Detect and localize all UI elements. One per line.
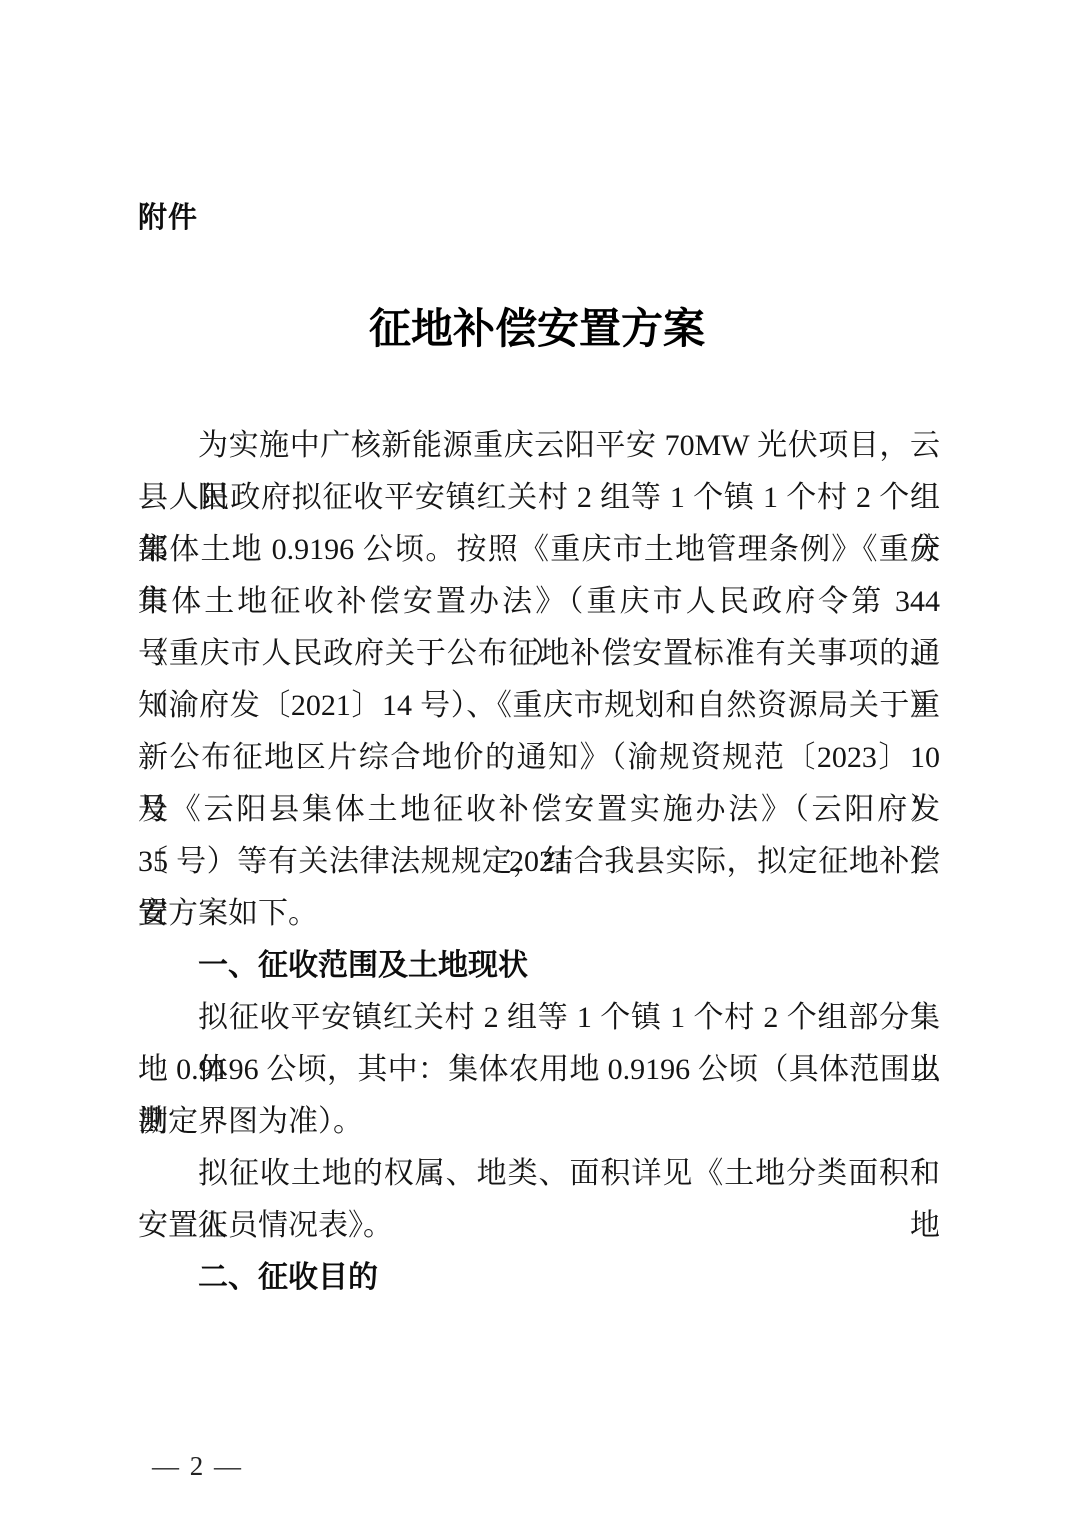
body-line: （渝府发〔2021〕14 号）、《重庆市规划和自然资源局关于重 [138,680,940,732]
body-line: 及《云阳县集体土地征收补偿安置实施办法》（云阳府发〔2021〕 [138,784,940,836]
body-line: 为实施中广核新能源重庆云阳平安 70MW 光伏项目，云阳 [138,420,940,472]
body-line: 集体土地征收补偿安置办法》（重庆市人民政府令第 344 号）、 [138,576,940,628]
body-line: 地 0.9196 公顷，其中：集体农用地 0.9196 公顷（具体范围以勘 [138,1044,940,1096]
body-line: 35 号）等有关法律法规规定，结合我县实际，拟定征地补偿安 [138,836,940,888]
body-line: 置方案如下。 [138,888,940,940]
body-line: 《重庆市人民政府关于公布征地补偿安置标准有关事项的通知》 [138,628,940,680]
section-heading-2: 二、征收目的 [138,1252,940,1304]
body-line: 拟征收平安镇红关村 2 组等 1 个镇 1 个村 2 个组部分集体土 [138,992,940,1044]
page-number: — 2 — [152,1448,243,1484]
section-heading-1: 一、征收范围及土地现状 [138,940,940,992]
body-line: 县人民政府拟征收平安镇红关村 2 组等 1 个镇 1 个村 2 个组部分 [138,472,940,524]
body-line: 新公布征地区片综合地价的通知》（渝规资规范〔2023〕10 号） [138,732,940,784]
body-line: 拟征收土地的权属、地类、面积详见《土地分类面积和征地 [138,1148,940,1200]
document-page: 附件 征地补偿安置方案 为实施中广核新能源重庆云阳平安 70MW 光伏项目，云阳… [0,0,1074,1520]
body-line: 集体土地 0.9196 公顷。按照《重庆市土地管理条例》《重庆市 [138,524,940,576]
body-line: 测定界图为准）。 [138,1096,940,1148]
attachment-label: 附件 [138,198,198,238]
document-title: 征地补偿安置方案 [0,303,1074,357]
document-body: 为实施中广核新能源重庆云阳平安 70MW 光伏项目，云阳 县人民政府拟征收平安镇… [138,420,940,1304]
